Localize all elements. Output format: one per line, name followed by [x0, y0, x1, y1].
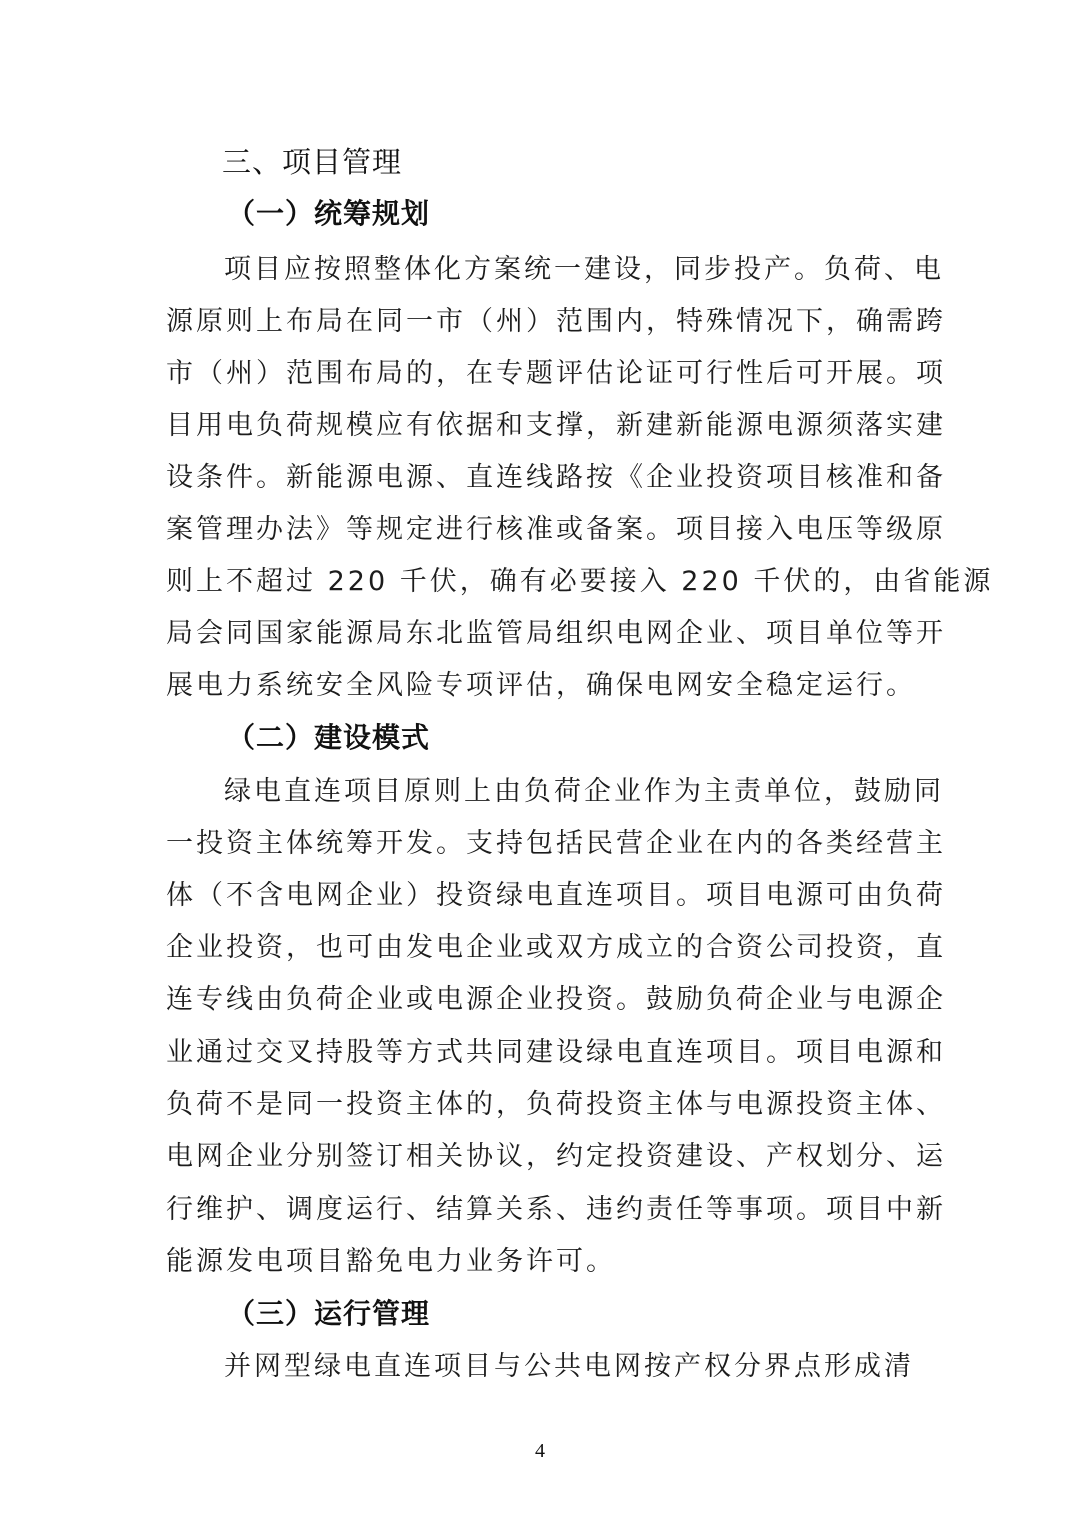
- paragraph-line: 电网企业分别签订相关协议，约定投资建设、产权划分、运: [166, 1137, 918, 1177]
- paragraph-line: 案管理办法》等规定进行核准或备案。项目接入电压等级原: [166, 510, 918, 550]
- paragraph-line: 行维护、调度运行、结算关系、违约责任等事项。项目中新: [166, 1190, 918, 1230]
- paragraph-line: 负荷不是同一投资主体的，负荷投资主体与电源投资主体、: [166, 1085, 918, 1125]
- paragraph-line: 能源发电项目豁免电力业务许可。: [166, 1242, 918, 1282]
- paragraph-line: 设条件。新能源电源、直连线路按《企业投资项目核准和备: [166, 458, 918, 498]
- subsection-heading-2: （二）建设模式: [227, 716, 430, 760]
- paragraph-line: 连专线由负荷企业或电源企业投资。鼓励负荷企业与电源企: [166, 980, 918, 1020]
- page-number: 4: [0, 1438, 1080, 1464]
- paragraph-line: 目用电负荷规模应有依据和支撑，新建新能源电源须落实建: [166, 406, 918, 446]
- paragraph-line: 企业投资，也可由发电企业或双方成立的合资公司投资，直: [166, 928, 918, 968]
- paragraph-line: 局会同国家能源局东北监管局组织电网企业、项目单位等开: [166, 614, 918, 654]
- paragraph-line: 则上不超过 220 千伏，确有必要接入 220 千伏的，由省能源: [166, 562, 918, 602]
- paragraph-line: 一投资主体统筹开发。支持包括民营企业在内的各类经营主: [166, 824, 918, 864]
- paragraph-line: 市（州）范围布局的，在专题评估论证可行性后可开展。项: [166, 354, 918, 394]
- paragraph-line: 并网型绿电直连项目与公共电网按产权分界点形成清: [224, 1347, 918, 1387]
- paragraph-line: 体（不含电网企业）投资绿电直连项目。项目电源可由负荷: [166, 876, 918, 916]
- section-title: 三、项目管理: [222, 140, 402, 184]
- paragraph-line: 源原则上布局在同一市（州）范围内，特殊情况下，确需跨: [166, 302, 918, 342]
- paragraph-line: 业通过交叉持股等方式共同建设绿电直连项目。项目电源和: [166, 1033, 918, 1073]
- subsection-heading-3: （三）运行管理: [227, 1292, 430, 1336]
- paragraph-line: 项目应按照整体化方案统一建设，同步投产。负荷、电: [224, 250, 918, 290]
- subsection-heading-1: （一）统筹规划: [227, 192, 430, 236]
- document-page: 三、项目管理 （一）统筹规划 项目应按照整体化方案统一建设，同步投产。负荷、电 …: [0, 0, 1080, 1527]
- paragraph-line: 绿电直连项目原则上由负荷企业作为主责单位，鼓励同: [224, 772, 918, 812]
- paragraph-line: 展电力系统安全风险专项评估，确保电网安全稳定运行。: [166, 666, 918, 706]
